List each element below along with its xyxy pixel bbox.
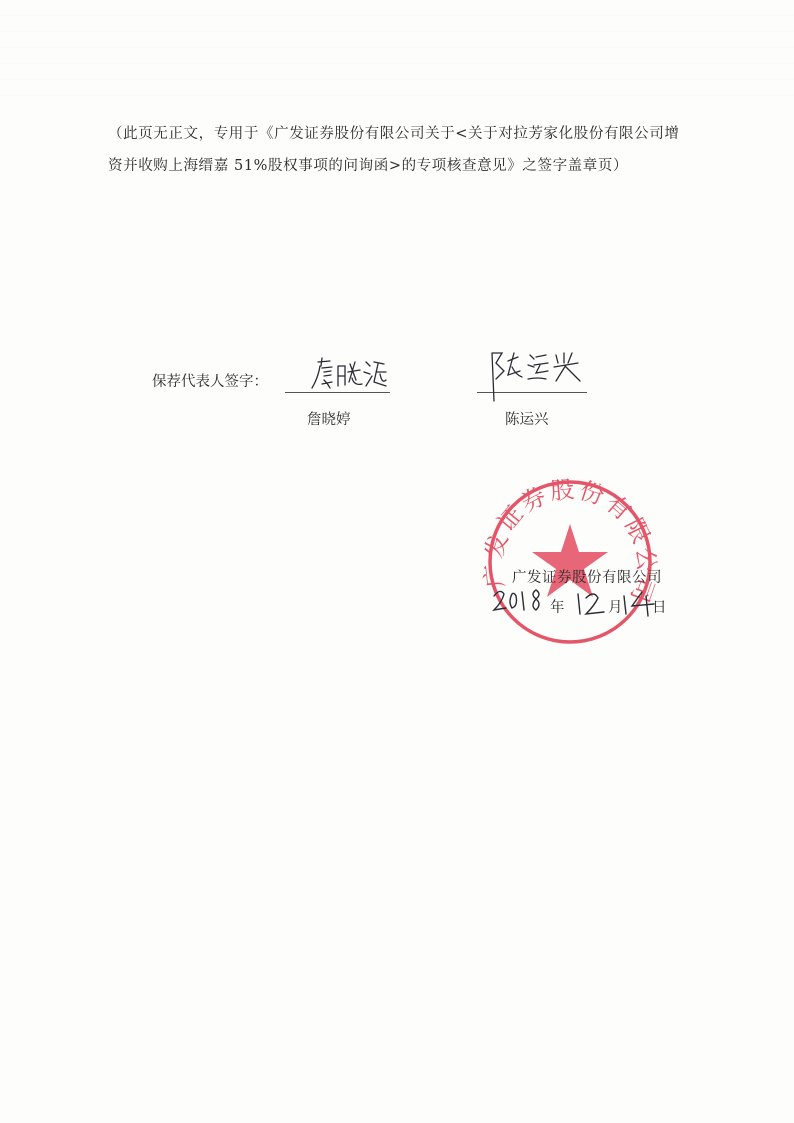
handwritten-signature-1 xyxy=(300,352,390,396)
company-name: 广发证券股份有限公司 xyxy=(512,566,662,587)
handwritten-month xyxy=(574,588,610,618)
signer-name-2: 陈运兴 xyxy=(505,408,549,429)
company-seal-stamp: 广发证券股份有限公司 xyxy=(482,474,658,650)
signer-name-1: 詹晓婷 xyxy=(307,408,351,429)
signature-label: 保荐代表人签字： xyxy=(152,370,268,391)
note-paragraph: （此页无正文，专用于《广发证券股份有限公司关于<关于对拉芳家化股份有限公司增资并… xyxy=(108,118,690,182)
handwritten-year xyxy=(492,586,544,616)
year-label: 年 xyxy=(550,596,565,617)
handwritten-signature-2 xyxy=(478,345,588,405)
scan-artifact xyxy=(0,0,794,110)
day-label: 日 xyxy=(652,596,667,617)
